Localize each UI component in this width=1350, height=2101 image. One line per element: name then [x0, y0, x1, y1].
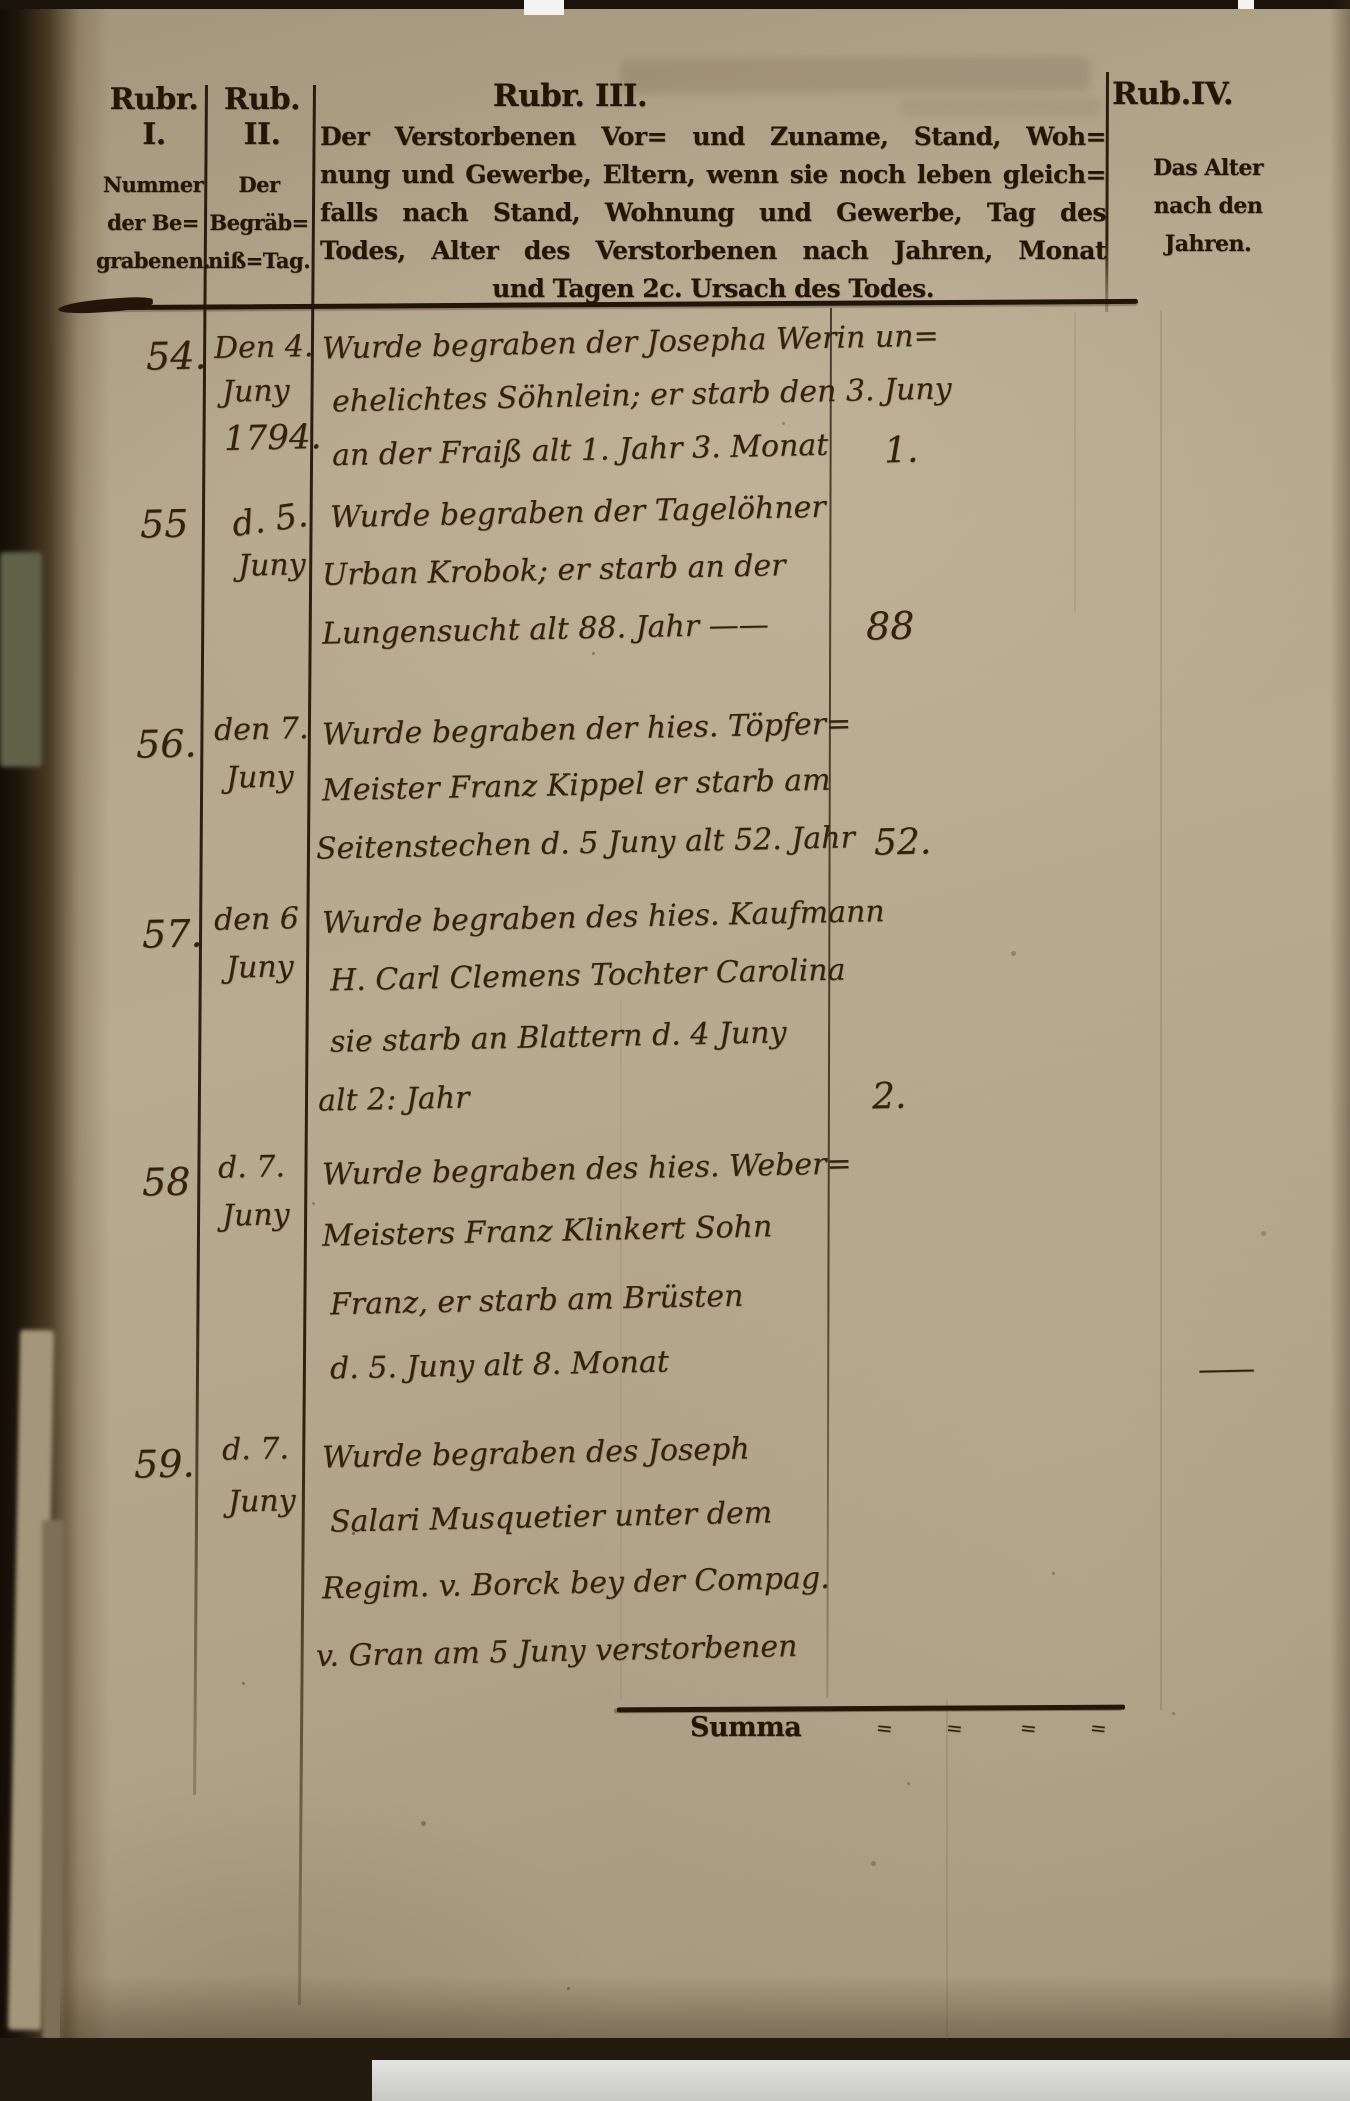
age-column-divider — [826, 308, 832, 1698]
rubric-3-title: Rubr. III. — [320, 78, 820, 114]
entry-59-number: 59. — [134, 1441, 195, 1486]
rubric-3-label-line: falls nach Stand, Wohnung und Gewerbe, T… — [320, 194, 1106, 232]
burial-register-page: Rubr. I. Rub. II. Rubr. III. Rub.IV. Num… — [0, 0, 1350, 2101]
rubric-4-label-line: Jahren. — [1108, 226, 1308, 264]
rubric-2-label-line: Der — [206, 166, 312, 204]
page-bottom-shadow — [60, 1975, 1350, 2039]
ink-bleedthrough — [900, 98, 1100, 116]
entry-59-date-line: d. 7. — [222, 1431, 290, 1467]
entry-57-age: 2. — [872, 1076, 907, 1118]
entry-54-text-line: ehelichtes Söhnlein; er starb den 3. Jun… — [332, 372, 952, 420]
rubric-3-label-line: und Tagen 2c. Ursach des Todes. — [320, 270, 1106, 308]
entry-56-number: 56. — [136, 721, 197, 766]
entry-56-age: 52. — [874, 821, 932, 863]
entry-59-text-line: Salari Musquetier unter dem — [330, 1495, 773, 1539]
ditto-mark: = — [1019, 1715, 1038, 1741]
entry-54-date-line: Juny — [222, 373, 290, 409]
rubric-1-label: Nummer der Be= grabenen. — [90, 166, 216, 280]
ditto-mark: = — [945, 1715, 964, 1741]
entry-54-age: 1. — [884, 430, 919, 472]
entry-55-text-line: Lungensucht alt 88. Jahr —— — [322, 607, 769, 651]
entry-57-number: 57. — [142, 911, 203, 956]
entry-55-text-line: Urban Krobok; er starb an der — [322, 548, 786, 593]
entry-59-date-line: Juny — [228, 1483, 296, 1519]
entry-58-text-line: Wurde begraben des hies. Weber= — [322, 1146, 852, 1192]
rubric-2-label-line: Begräb= — [206, 204, 312, 242]
rubric-1-label-line: Nummer — [90, 166, 216, 204]
entry-54-text-line: an der Fraiß alt 1. Jahr 3. Monat — [332, 428, 829, 473]
column-divider-2 — [298, 85, 316, 2005]
entry-56-text-line: Meister Franz Kippel er starb am — [322, 763, 831, 809]
entry-57-text-line: H. Carl Clemens Tochter Carolina — [330, 953, 846, 999]
entry-58-text-line: d. 5. Juny alt 8. Monat — [330, 1344, 670, 1386]
rubric-4-label-line: Das Alter — [1108, 150, 1308, 188]
entry-58-age: —— — [1198, 1351, 1253, 1387]
rubric-2-title: Rub. II. — [212, 82, 312, 152]
entry-56-text-line: Seitenstechen d. 5 Juny alt 52. Jahr — [316, 820, 856, 866]
entry-57-text-line: alt 2: Jahr — [318, 1080, 470, 1118]
entry-54-text-line: Wurde begraben der Josepha Werin un= — [322, 319, 939, 367]
scan-top-edge — [0, 0, 1350, 9]
entry-57-date-line: den 6 — [214, 901, 300, 938]
rubric-1-title: Rubr. I. — [100, 82, 208, 152]
entry-54-number: 54. — [146, 333, 207, 378]
ditto-mark: = — [1089, 1715, 1108, 1741]
scan-notch — [524, 0, 564, 15]
rubric-3-label-line: Der Verstorbenen Vor= und Zuname, Stand,… — [320, 118, 1106, 156]
entry-57-date-line: Juny — [226, 949, 294, 985]
scanner-bed-strip — [372, 2060, 1350, 2101]
entry-54-date-line: 1794. — [224, 417, 322, 459]
entry-58-text-line: Meisters Franz Klinkert Sohn — [322, 1209, 773, 1253]
entry-59-text-line: v. Gran am 5 Juny verstorbenen — [316, 1629, 798, 1674]
entry-56-date-line: Juny — [226, 759, 294, 795]
entry-58-date-line: Juny — [222, 1197, 290, 1233]
rubric-4-title: Rub.IV. — [1112, 76, 1342, 112]
paper-crease — [946, 1700, 948, 2040]
entry-55-age: 88 — [866, 603, 915, 648]
paper-crease — [1160, 310, 1162, 1710]
entry-56-text-line: Wurde begraben der hies. Töpfer= — [322, 706, 852, 752]
page-edge-strip — [0, 552, 42, 767]
page-edge-strip — [42, 1520, 64, 2040]
rubric-3-label-line: nung und Gewerbe, Eltern, wenn sie noch … — [320, 156, 1106, 194]
paper-crease — [1074, 312, 1076, 612]
entry-56-date-line: den 7. — [214, 711, 309, 748]
entry-55-number: 55 — [140, 501, 189, 546]
rubric-3-label: Der Verstorbenen Vor= und Zuname, Stand,… — [320, 118, 1106, 308]
scan-right-edge — [1330, 0, 1350, 2101]
entry-57-text-line: Wurde begraben des hies. Kaufmann — [322, 894, 885, 941]
entry-59-text-line: Regim. v. Borck bey der Compag. — [322, 1561, 830, 1607]
entry-58-text-line: Franz, er starb am Brüsten — [330, 1279, 744, 1323]
entry-58-number: 58 — [142, 1159, 191, 1204]
rubric-2-label-line: niß=Tag. — [206, 242, 312, 280]
rubric-3-label-line: Todes, Alter des Verstorbenen nach Jahre… — [320, 232, 1106, 270]
rubric-1-label-line: grabenen. — [90, 242, 216, 280]
entry-55-date-line: Juny — [238, 547, 306, 583]
entry-55-text-line: Wurde begraben der Tagelöhner — [330, 490, 826, 535]
rubric-1-label-line: der Be= — [90, 204, 216, 242]
entry-57-text-line: sie starb an Blattern d. 4 Juny — [330, 1015, 787, 1060]
entry-59-text-line: Wurde begraben des Joseph — [322, 1432, 750, 1476]
scan-notch — [1238, 0, 1254, 9]
entry-58-date-line: d. 7. — [218, 1149, 286, 1185]
rubric-4-label-line: nach den — [1108, 188, 1308, 226]
rubric-4-label: Das Alter nach den Jahren. — [1108, 150, 1308, 264]
summa-label: Summa — [690, 1712, 801, 1743]
ditto-mark: = — [875, 1715, 894, 1741]
entry-54-date-line: Den 4. — [214, 329, 314, 366]
rubric-2-label: Der Begräb= niß=Tag. — [206, 166, 312, 280]
entry-55-date-line: d. 5. — [230, 495, 311, 545]
